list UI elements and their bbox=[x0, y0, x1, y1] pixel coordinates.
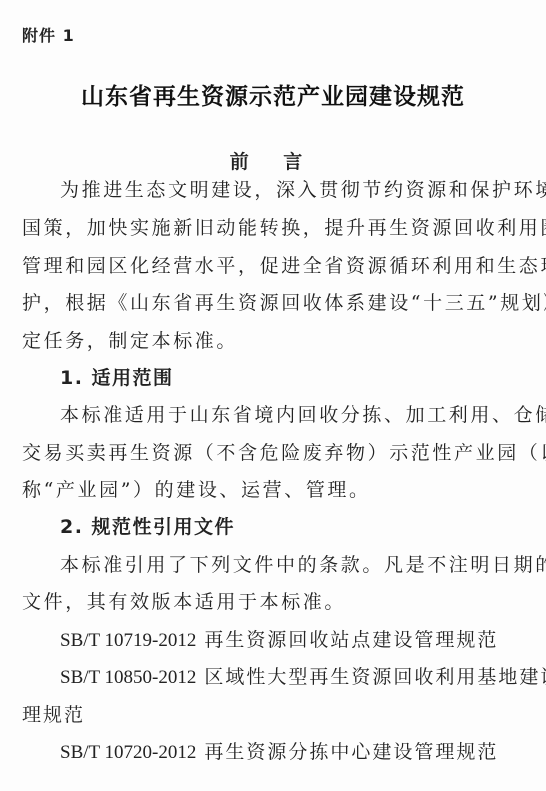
reference-item: SB/T 10720-2012 再生资源分拣中心建设管理规范 bbox=[60, 740, 498, 765]
reference-code: SB/T 10719-2012 bbox=[60, 630, 196, 651]
section-line: 交易买卖再生资源（不含危险废弃物）示范性产业园（以下简 bbox=[22, 441, 493, 465]
reference-continuation: 理规范 bbox=[22, 703, 85, 727]
document-page: 附件 1 山东省再生资源示范产业园建设规范 前 言 为推进生态文明建设，深入贯彻… bbox=[0, 0, 546, 791]
reference-name: 再生资源分拣中心建设管理规范 bbox=[204, 741, 498, 763]
section-heading-scope: 1. 适用范围 bbox=[60, 366, 174, 390]
reference-name: 再生资源回收站点建设管理规范 bbox=[204, 629, 498, 651]
preface-line: 定任务，制定本标准。 bbox=[22, 329, 238, 353]
reference-item: SB/T 10719-2012 再生资源回收站点建设管理规范 bbox=[60, 628, 498, 653]
reference-code: SB/T 10720-2012 bbox=[60, 742, 196, 763]
preface-line: 为推进生态文明建设，深入贯彻节约资源和保护环境基本 bbox=[60, 178, 493, 202]
document-title: 山东省再生资源示范产业园建设规范 bbox=[0, 83, 546, 111]
reference-item: SB/T 10850-2012 区域性大型再生资源回收利用基地建设管 bbox=[60, 665, 546, 690]
preface-line: 国策，加快实施新旧动能转换，提升再生资源回收利用圈区化 bbox=[22, 216, 493, 240]
preface-heading: 前 言 bbox=[0, 150, 546, 174]
section-line: 文件，其有效版本适用于本标准。 bbox=[22, 590, 346, 614]
section-line: 本标准适用于山东省境内回收分拣、加工利用、仓储物流、 bbox=[60, 403, 493, 427]
preface-line: 护，根据《山东省再生资源回收体系建设“十三五”规划》规 bbox=[22, 291, 493, 315]
reference-code: SB/T 10850-2012 bbox=[60, 667, 196, 688]
section-heading-references: 2. 规范性引用文件 bbox=[60, 515, 235, 539]
section-line: 称“产业园”）的建设、运营、管理。 bbox=[22, 478, 371, 502]
reference-name: 区域性大型再生资源回收利用基地建设管 bbox=[204, 666, 546, 688]
section-line: 本标准引用了下列文件中的条款。凡是不注明日期的引用 bbox=[60, 553, 493, 577]
preface-line: 管理和园区化经营水平，促进全省资源循环利用和生态环境保 bbox=[22, 254, 493, 278]
attachment-label: 附件 1 bbox=[22, 24, 75, 48]
